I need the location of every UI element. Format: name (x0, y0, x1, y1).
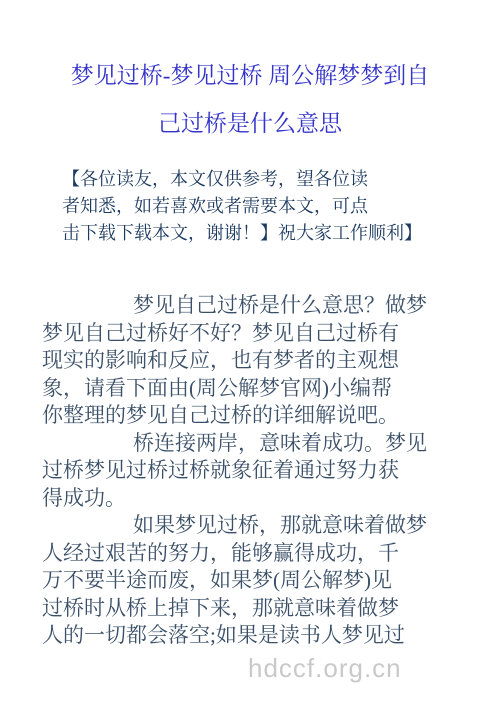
document-page: 梦见过桥-梦见过桥 周公解梦梦到自 己过桥是什么意思 【各位读友，本文仅供参考，… (0, 0, 500, 708)
body-line: 桥连接两岸，意味着成功。梦见 (42, 430, 454, 458)
body-line: 梦见自己过桥好不好？梦见自己过桥有 (42, 320, 454, 348)
body-line: 万不要半途而废，如果梦(周公解梦)见 (42, 567, 454, 595)
disclaimer-line-1: 【各位读友，本文仅供参考，望各位读 (62, 166, 422, 193)
article-body: 梦见自己过桥是什么意思？做梦 梦见自己过桥好不好？梦见自己过桥有 现实的影响和反… (42, 292, 454, 650)
body-line: 过桥时从桥上掉下来，那就意味着做梦 (42, 595, 454, 623)
paragraph-1: 梦见自己过桥是什么意思？做梦 梦见自己过桥好不好？梦见自己过桥有 现实的影响和反… (42, 292, 454, 430)
reader-disclaimer-note: 【各位读友，本文仅供参考，望各位读 者知悉，如若喜欢或者需要本文，可点 击下载下… (62, 166, 422, 247)
body-line: 如果梦见过桥，那就意味着做梦 (42, 512, 454, 540)
body-line: 人的一切都会落空;如果是读书人梦见过 (42, 622, 454, 650)
body-line: 象，请看下面由(周公解梦官网)小编帮 (42, 375, 454, 403)
body-line: 现实的影响和反应，也有梦者的主观想 (42, 347, 454, 375)
body-line: 过桥梦见过桥过桥就象征着通过努力获 (42, 457, 454, 485)
body-line: 得成功。 (42, 485, 454, 513)
paragraph-3: 如果梦见过桥，那就意味着做梦 人经过艰苦的努力，能够赢得成功，千 万不要半途而废… (42, 512, 454, 650)
site-watermark: hdccf.org.cn (248, 653, 402, 684)
page-title-line-1: 梦见过桥-梦见过桥 周公解梦梦到自 (0, 52, 500, 100)
body-line: 人经过艰苦的努力，能够赢得成功，千 (42, 540, 454, 568)
body-line: 梦见自己过桥是什么意思？做梦 (42, 292, 454, 320)
disclaimer-line-3: 击下载下载本文，谢谢！】祝大家工作顺利】 (62, 220, 422, 247)
page-title-line-2: 己过桥是什么意思 (0, 100, 500, 148)
page-title: 梦见过桥-梦见过桥 周公解梦梦到自 己过桥是什么意思 (0, 52, 500, 148)
paragraph-2: 桥连接两岸，意味着成功。梦见 过桥梦见过桥过桥就象征着通过努力获 得成功。 (42, 430, 454, 513)
body-line: 你整理的梦见自己过桥的详细解说吧。 (42, 402, 454, 430)
disclaimer-line-2: 者知悉，如若喜欢或者需要本文，可点 (62, 193, 422, 220)
